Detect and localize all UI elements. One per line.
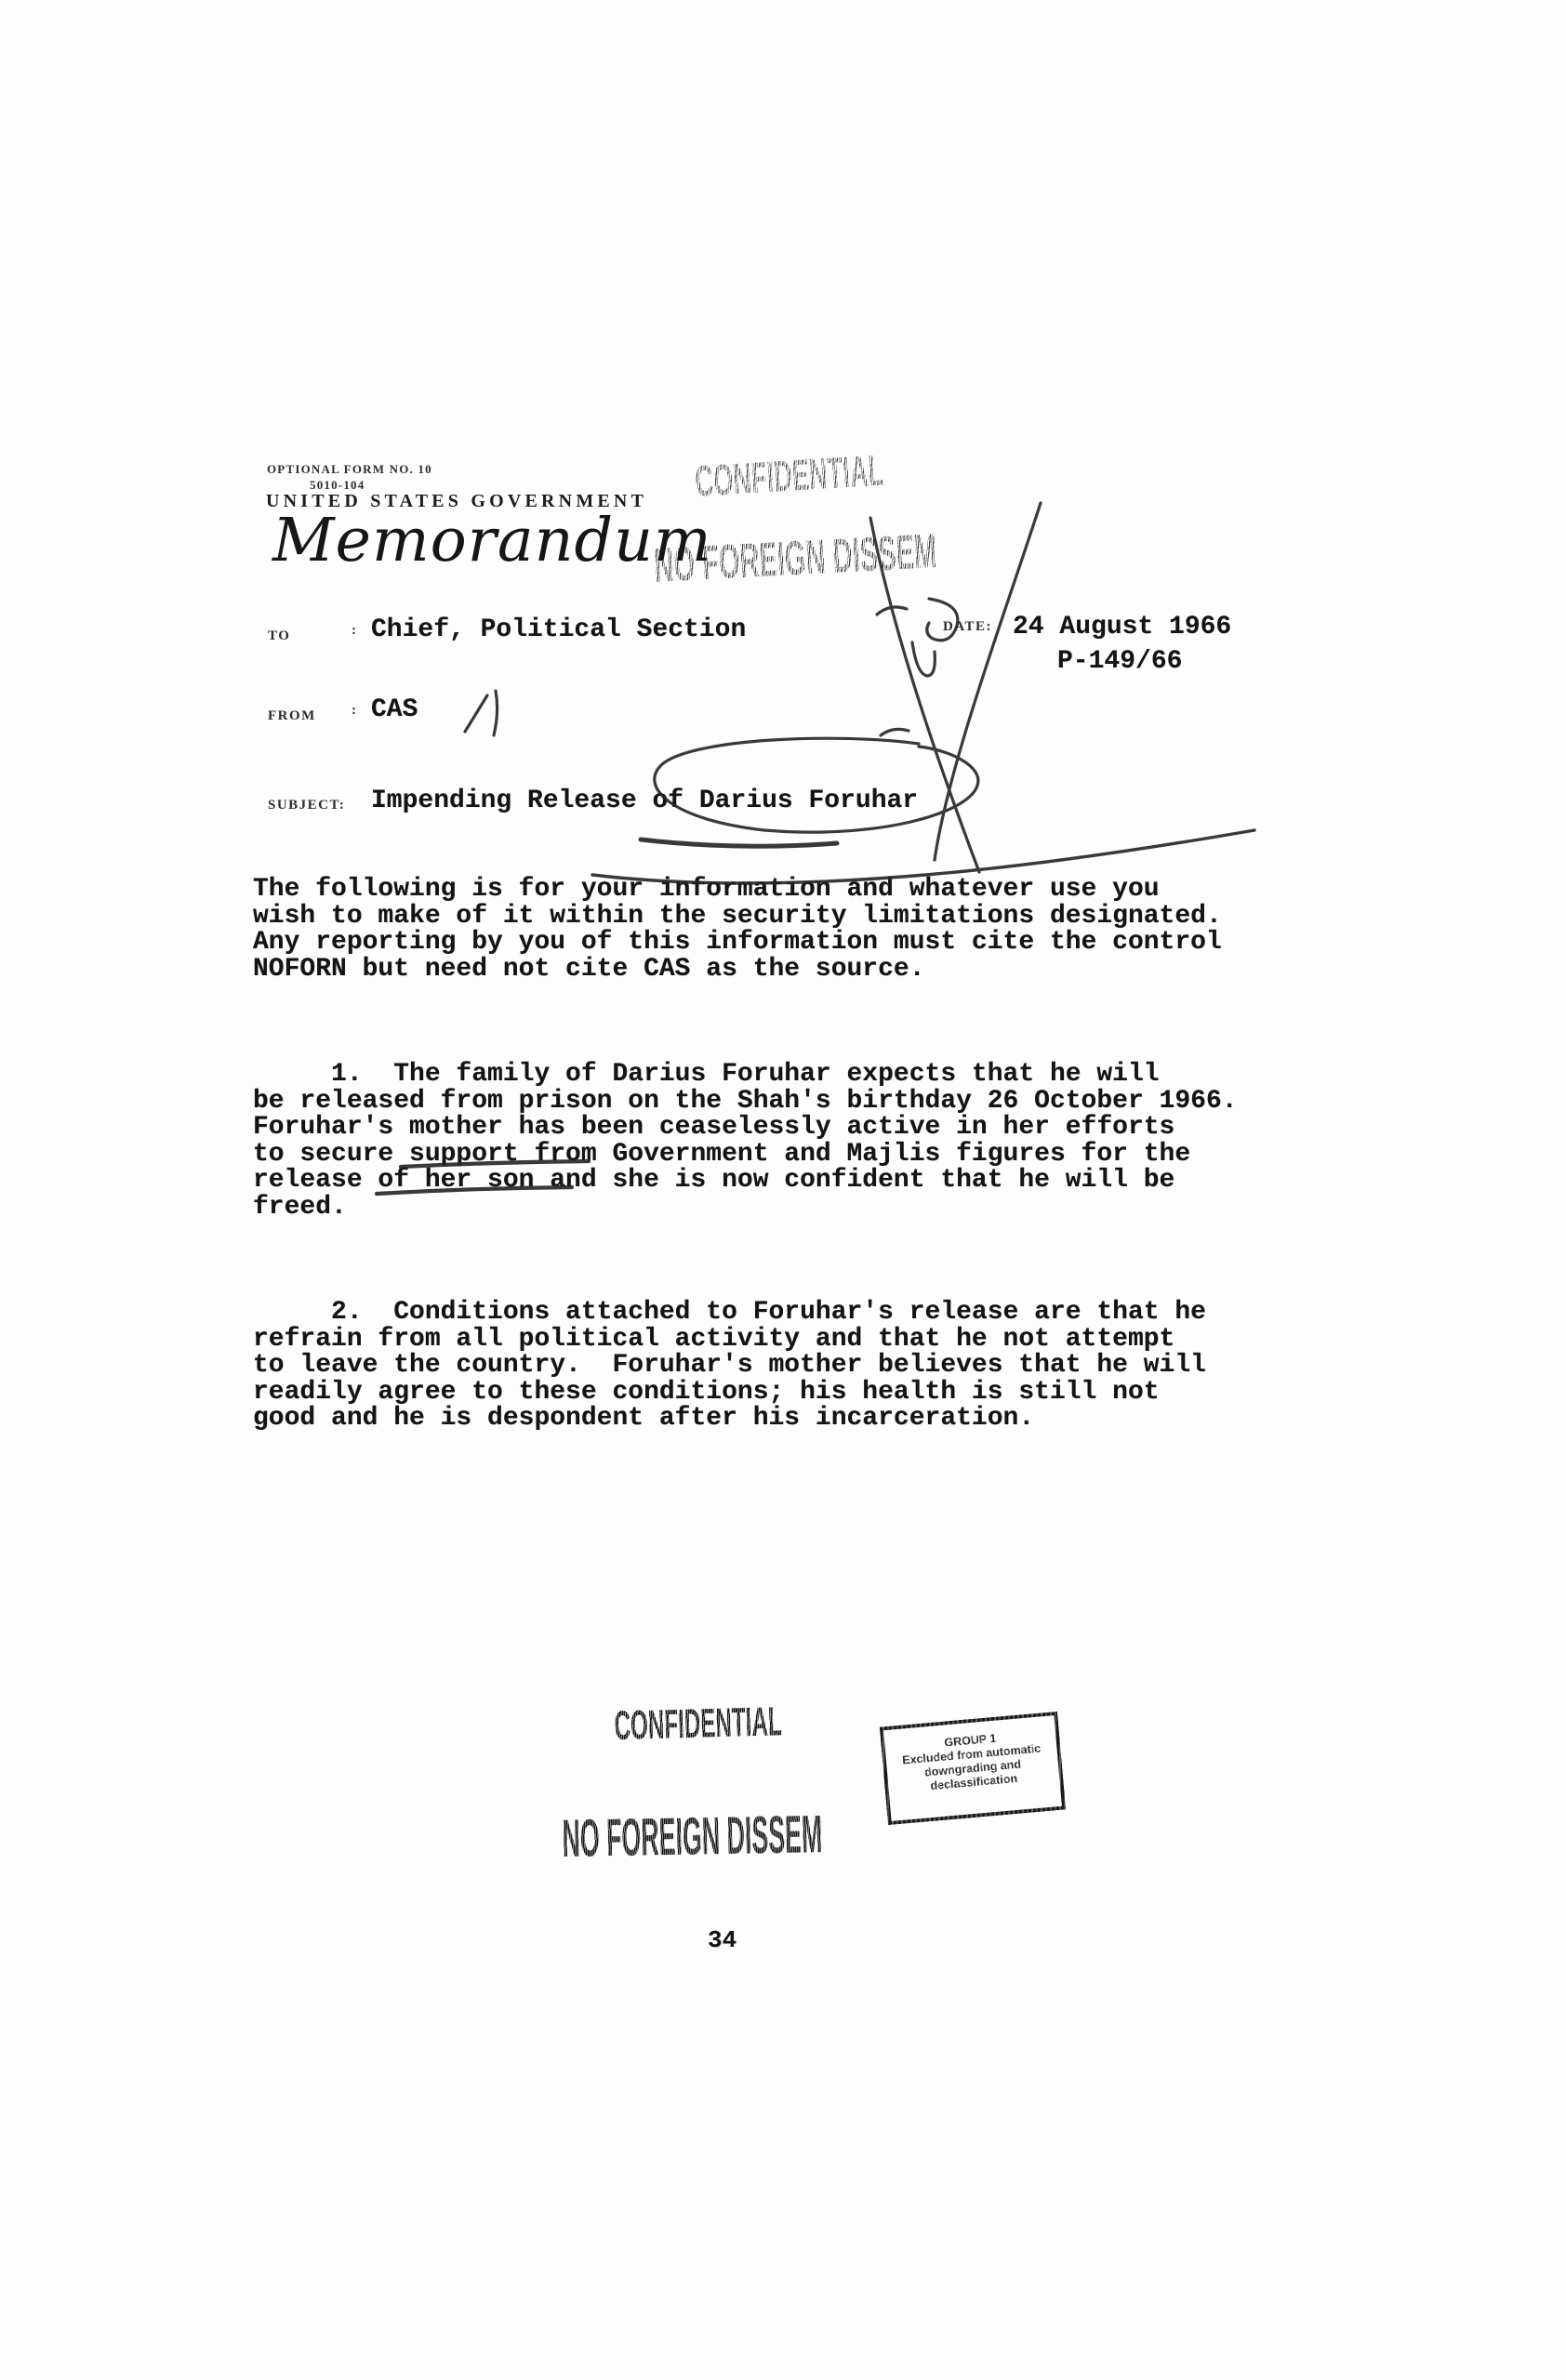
subject-value: Impending Release of Darius Foruhar (371, 787, 918, 815)
to-colon: : (352, 623, 358, 639)
memorandum-document-page: OPTIONAL FORM NO. 10 5010-104 UNITED STA… (0, 0, 1566, 2380)
subject-label: SUBJECT: (268, 798, 345, 813)
pen-oval-around-name (655, 738, 978, 832)
group1-declassification-stamp: GROUP 1 Excluded from automatic downgrad… (880, 1712, 1067, 1825)
pen-cas-bar (494, 691, 498, 735)
confidential-stamp-top: CONFIDENTIAL (694, 448, 884, 503)
from-value: CAS (371, 695, 418, 724)
page-title: Memorandum (272, 506, 712, 575)
to-label: TO (268, 628, 290, 644)
numbered-paragraph-1: 1. The family of Darius Foruhar expects … (253, 1062, 1238, 1221)
pen-dash (877, 607, 907, 615)
pen-tick-above-oval (881, 729, 909, 735)
pen-cas-slash (465, 695, 487, 732)
page-number: 34 (708, 1926, 737, 1954)
reference-number: P-149/66 (1057, 647, 1182, 676)
memo-body: The following is for your information an… (253, 824, 1238, 1512)
from-colon: : (352, 703, 358, 719)
no-foreign-dissem-stamp-bottom: NO FOREIGN DISSEM (562, 1808, 823, 1866)
optional-form-number: OPTIONAL FORM NO. 10 (267, 462, 432, 477)
numbered-paragraph-2: 2. Conditions attached to Foruhar's rele… (253, 1300, 1238, 1433)
pen-check-hook (912, 642, 935, 676)
date-label: DATE: (943, 619, 992, 635)
to-value: Chief, Political Section (371, 615, 746, 644)
date-value: 24 August 1966 (1013, 613, 1231, 641)
intro-paragraph: The following is for your information an… (253, 877, 1238, 983)
from-label: FROM (268, 708, 316, 724)
confidential-stamp-bottom: CONFIDENTIAL (614, 1701, 782, 1747)
pen-stroke-long-right (935, 503, 1041, 860)
